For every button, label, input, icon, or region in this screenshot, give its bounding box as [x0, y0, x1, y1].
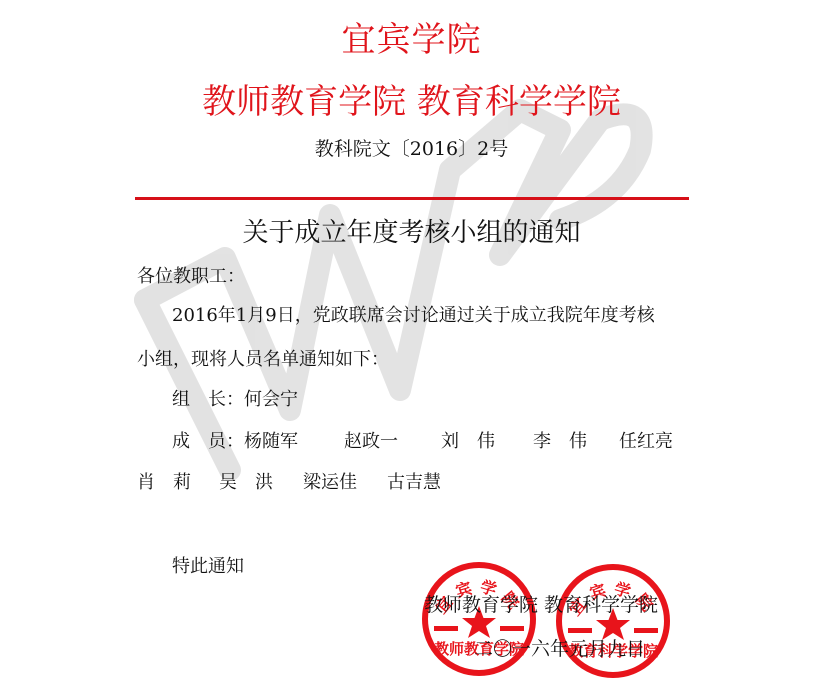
member-name: 梁运佳 — [303, 468, 387, 494]
members-line-1: 成 员：杨随军赵政一刘 伟李 伟任红亮 — [172, 427, 673, 453]
official-seal-education-science: 宜宾学院 教育科学学院 — [554, 562, 672, 680]
issue-date: 二〇一六年元月九日 — [474, 634, 645, 661]
member-name: 任红亮 — [619, 427, 673, 453]
leader-label: 组 长： — [172, 389, 244, 410]
member-name: 古吉慧 — [387, 468, 441, 494]
members-label: 成 员： — [172, 431, 244, 452]
member-name: 刘 伟 — [441, 427, 533, 453]
issuing-organizations: 教师教育学院 教育科学学院 — [424, 590, 658, 617]
member-name: 李 伟 — [533, 427, 619, 453]
member-name: 赵政一 — [344, 427, 441, 453]
members-line-2: 肖 莉吴 洪梁运佳古吉慧 — [137, 468, 441, 494]
member-name: 杨随军 — [244, 427, 344, 453]
closing-remark: 特此通知 — [172, 552, 244, 578]
body-line-1: 2016年1月9日，党政联席会讨论通过关于成立我院年度考核 — [172, 301, 655, 327]
red-header-rule — [135, 197, 689, 200]
member-name: 肖 莉 — [137, 468, 219, 494]
notice-title: 关于成立年度考核小组的通知 — [0, 212, 823, 249]
group-leader-line: 组 长：何会宁 — [172, 385, 298, 411]
leader-name: 何会宁 — [244, 389, 298, 410]
college-names: 教师教育学院 教育科学学院 — [0, 74, 823, 123]
member-name: 吴 洪 — [219, 468, 303, 494]
body-line-2: 小组，现将人员名单通知如下： — [137, 345, 389, 371]
greeting: 各位教职工： — [137, 262, 245, 288]
document-number: 教科院文〔2016〕2号 — [0, 134, 823, 161]
university-name: 宜宾学院 — [0, 12, 823, 61]
